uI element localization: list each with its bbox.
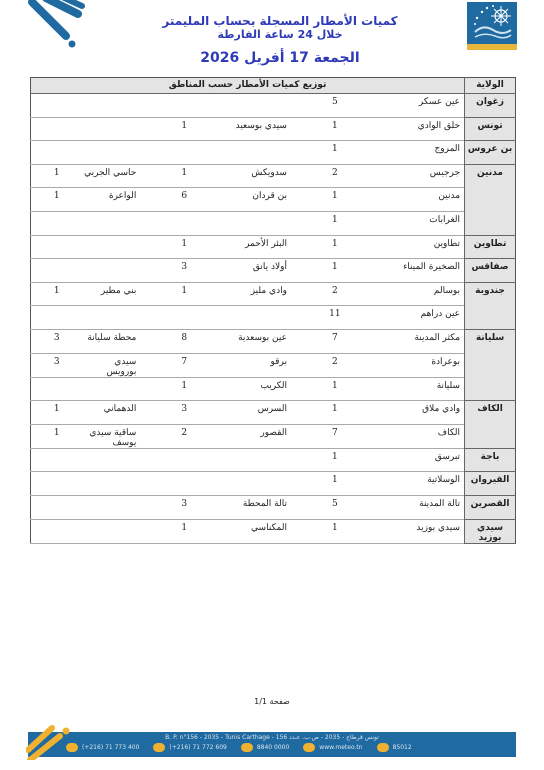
station-1-value: 1 <box>291 377 379 401</box>
station-1-name: حلق الوادي <box>379 117 465 141</box>
station-3-name: بني مطير <box>82 282 140 306</box>
station-2-value: 7 <box>140 353 228 377</box>
station-1-value: 1 <box>291 259 379 283</box>
table-row: مدنينجرجيس2سدويكش1حاسي الجربي1 <box>31 164 516 188</box>
station-1-name: المروج <box>379 141 465 165</box>
governorate-cell: سيدي بوزيد <box>465 519 516 543</box>
footer-address: B. P. n°156 - 2035 - Tunis Carthage - تو… <box>28 734 516 741</box>
station-2-value <box>140 306 228 330</box>
station-2-name: وادي مليز <box>228 282 291 306</box>
station-1-name: مكثر المدينة <box>379 329 465 353</box>
station-3-value <box>31 472 83 496</box>
table-row: عين دراهم11 <box>31 306 516 330</box>
station-1-value: 2 <box>291 164 379 188</box>
station-2-name <box>228 306 291 330</box>
table-row: مدنين1بن قردان6الواعرة1 <box>31 188 516 212</box>
table-row: القصرينتالة المدينة5تالة المحطة3 <box>31 495 516 519</box>
station-3-name <box>82 117 140 141</box>
station-1-name: بوعرادة <box>379 353 465 377</box>
station-1-name: الكاف <box>379 424 465 448</box>
table-row: سيدي بوزيدسيدي بوزيد1المكناسي1 <box>31 519 516 543</box>
station-1-value: 1 <box>291 235 379 259</box>
station-2-value: 8 <box>140 329 228 353</box>
station-1-value: 1 <box>291 188 379 212</box>
station-2-name <box>228 94 291 118</box>
station-1-name: جرجيس <box>379 164 465 188</box>
table-row: سليانة1الكريب1 <box>31 377 516 401</box>
station-3-value: 3 <box>31 353 83 377</box>
table-row: الغرابات1 <box>31 211 516 235</box>
table-row: تونسحلق الوادي1سيدي بوسعيد1 <box>31 117 516 141</box>
station-1-name: عين عسكر <box>379 94 465 118</box>
station-2-name <box>228 472 291 496</box>
footer-band: B. P. n°156 - 2035 - Tunis Carthage - تو… <box>28 732 516 757</box>
station-1-name: الوسلاتية <box>379 472 465 496</box>
table-row: زغوانعين عسكر5 <box>31 94 516 118</box>
station-2-name <box>228 141 291 165</box>
station-1-value: 7 <box>291 329 379 353</box>
station-1-value: 5 <box>291 495 379 519</box>
station-1-value: 1 <box>291 141 379 165</box>
station-3-value: 1 <box>31 401 83 425</box>
station-3-value: 1 <box>31 424 83 448</box>
title-line-1: كميات الأمطار المسجلة بحساب المليمتر <box>150 14 410 28</box>
station-2-value <box>140 472 228 496</box>
station-3-name <box>82 472 140 496</box>
station-3-name: محطة سليانة <box>82 329 140 353</box>
station-1-value: 5 <box>291 94 379 118</box>
station-3-name <box>82 211 140 235</box>
station-3-name: سيدي بورويس <box>82 353 140 377</box>
station-1-value: 7 <box>291 424 379 448</box>
station-1-name: وادي ملاق <box>379 401 465 425</box>
station-3-value <box>31 495 83 519</box>
station-1-name: تبرسق <box>379 448 465 472</box>
station-3-value <box>31 448 83 472</box>
governorate-cell: باجة <box>465 448 516 472</box>
governorate-cell: سليانة <box>465 329 516 400</box>
station-3-name <box>82 377 140 401</box>
report-date: الجمعة 17 أفريل 2026 <box>150 50 410 66</box>
governorate-cell: الكاف <box>465 401 516 449</box>
station-2-value <box>140 211 228 235</box>
governorate-cell: بن عروس <box>465 141 516 165</box>
table-header-row: الولاية توزيع كميات الأمطار حسب المناطق <box>31 78 516 94</box>
station-3-name: ساقية سيدي يوسف <box>82 424 140 448</box>
call-center-icon <box>241 743 253 752</box>
station-2-value <box>140 448 228 472</box>
station-3-value <box>31 117 83 141</box>
station-2-value: 1 <box>140 519 228 543</box>
table-row: بوعرادة2برقو7سيدي بورويس3 <box>31 353 516 377</box>
station-3-value <box>31 211 83 235</box>
table-body: زغوانعين عسكر5تونسحلق الوادي1سيدي بوسعيد… <box>31 94 516 544</box>
table-row: جندوبةبوسالم2وادي مليز1بني مطير1 <box>31 282 516 306</box>
station-2-value: 1 <box>140 235 228 259</box>
station-1-name: الصخيرة الميناء <box>379 259 465 283</box>
station-1-name: الغرابات <box>379 211 465 235</box>
contact-phone: (+216) 71 773 400 <box>66 743 139 752</box>
governorate-cell: مدنين <box>465 164 516 235</box>
station-2-name: البئر الأحمر <box>228 235 291 259</box>
station-1-name: عين دراهم <box>379 306 465 330</box>
governorate-cell: تطاوين <box>465 235 516 259</box>
station-3-name <box>82 448 140 472</box>
table-row: القيروانالوسلاتية1 <box>31 472 516 496</box>
rainfall-table: الولاية توزيع كميات الأمطار حسب المناطق … <box>30 77 516 544</box>
web-icon <box>303 743 315 752</box>
station-1-value: 1 <box>291 401 379 425</box>
station-1-name: مدنين <box>379 188 465 212</box>
contact-web[interactable]: www.meteo.tn <box>303 743 362 752</box>
contact-call-center: 8840 0000 <box>241 743 289 752</box>
brand-stripes-icon <box>26 0 86 48</box>
station-1-name: تطاوين <box>379 235 465 259</box>
meteo-logo-icon <box>467 2 517 50</box>
document-title: كميات الأمطار المسجلة بحساب المليمتر خلا… <box>150 14 410 41</box>
station-2-name: تالة المحطة <box>228 495 291 519</box>
station-3-name <box>82 94 140 118</box>
governorate-cell: جندوبة <box>465 282 516 329</box>
station-2-value: 1 <box>140 377 228 401</box>
station-3-name <box>82 235 140 259</box>
header-distribution: توزيع كميات الأمطار حسب المناطق <box>31 78 465 94</box>
station-2-value: 1 <box>140 117 228 141</box>
governorate-cell: القيروان <box>465 472 516 496</box>
station-2-value <box>140 141 228 165</box>
station-3-name <box>82 306 140 330</box>
station-2-value: 3 <box>140 495 228 519</box>
station-2-value: 6 <box>140 188 228 212</box>
station-3-value <box>31 306 83 330</box>
station-3-value <box>31 259 83 283</box>
station-3-name: الدهماني <box>82 401 140 425</box>
station-2-name: برقو <box>228 353 291 377</box>
station-2-name: القصور <box>228 424 291 448</box>
station-1-value: 11 <box>291 306 379 330</box>
station-1-name: بوسالم <box>379 282 465 306</box>
station-3-value <box>31 235 83 259</box>
table-row: سليانةمكثر المدينة7عين بوسعدية8محطة سليا… <box>31 329 516 353</box>
footer-stripes-icon <box>26 720 76 760</box>
station-2-name: بن قردان <box>228 188 291 212</box>
station-1-value: 2 <box>291 282 379 306</box>
station-1-value: 1 <box>291 117 379 141</box>
station-3-value <box>31 94 83 118</box>
station-3-name <box>82 519 140 543</box>
station-2-name: سيدي بوسعيد <box>228 117 291 141</box>
title-line-2: خلال 24 ساعة الفارطة <box>150 28 410 41</box>
governorate-cell: زغوان <box>465 94 516 118</box>
station-1-value: 1 <box>291 448 379 472</box>
station-2-name: عين بوسعدية <box>228 329 291 353</box>
station-1-value: 1 <box>291 519 379 543</box>
header-governorate: الولاية <box>465 78 516 94</box>
governorate-cell: تونس <box>465 117 516 141</box>
sms-icon <box>377 743 389 752</box>
station-2-name: سدويكش <box>228 164 291 188</box>
page-number: صفحة 1/1 <box>0 697 544 706</box>
fax-icon <box>153 743 165 752</box>
station-1-name: تالة المدينة <box>379 495 465 519</box>
table-row: صفاقسالصخيرة الميناء1أولاد يانق3 <box>31 259 516 283</box>
station-3-value: 1 <box>31 188 83 212</box>
governorate-cell: القصرين <box>465 495 516 519</box>
station-3-value: 1 <box>31 282 83 306</box>
station-3-value <box>31 519 83 543</box>
table-row: بن عروسالمروج1 <box>31 141 516 165</box>
station-3-value <box>31 141 83 165</box>
station-2-value: 1 <box>140 164 228 188</box>
table-row: باجةتبرسق1 <box>31 448 516 472</box>
station-3-name <box>82 495 140 519</box>
station-1-value: 1 <box>291 211 379 235</box>
station-2-name: السرس <box>228 401 291 425</box>
station-2-value: 2 <box>140 424 228 448</box>
station-3-value: 1 <box>31 164 83 188</box>
station-3-name <box>82 259 140 283</box>
station-3-name: الواعرة <box>82 188 140 212</box>
station-3-value: 3 <box>31 329 83 353</box>
station-2-value: 3 <box>140 259 228 283</box>
station-1-name: سليانة <box>379 377 465 401</box>
station-2-value <box>140 94 228 118</box>
station-3-value <box>31 377 83 401</box>
footer-contacts: (+216) 71 773 400 (+216) 71 772 609 8840… <box>66 743 412 752</box>
station-2-name: المكناسي <box>228 519 291 543</box>
station-2-name <box>228 448 291 472</box>
table-row: تطاوينتطاوين1البئر الأحمر1 <box>31 235 516 259</box>
station-3-name <box>82 141 140 165</box>
contact-fax: (+216) 71 772 609 <box>153 743 226 752</box>
station-2-name <box>228 211 291 235</box>
station-1-value: 2 <box>291 353 379 377</box>
governorate-cell: صفاقس <box>465 259 516 283</box>
station-1-value: 1 <box>291 472 379 496</box>
station-3-name: حاسي الجربي <box>82 164 140 188</box>
station-2-name: الكريب <box>228 377 291 401</box>
station-2-name: أولاد يانق <box>228 259 291 283</box>
station-2-value: 3 <box>140 401 228 425</box>
table-row: الكاف7القصور2ساقية سيدي يوسف1 <box>31 424 516 448</box>
station-1-name: سيدي بوزيد <box>379 519 465 543</box>
table-row: الكافوادي ملاق1السرس3الدهماني1 <box>31 401 516 425</box>
station-2-value: 1 <box>140 282 228 306</box>
contact-sms: 85012 <box>377 743 412 752</box>
